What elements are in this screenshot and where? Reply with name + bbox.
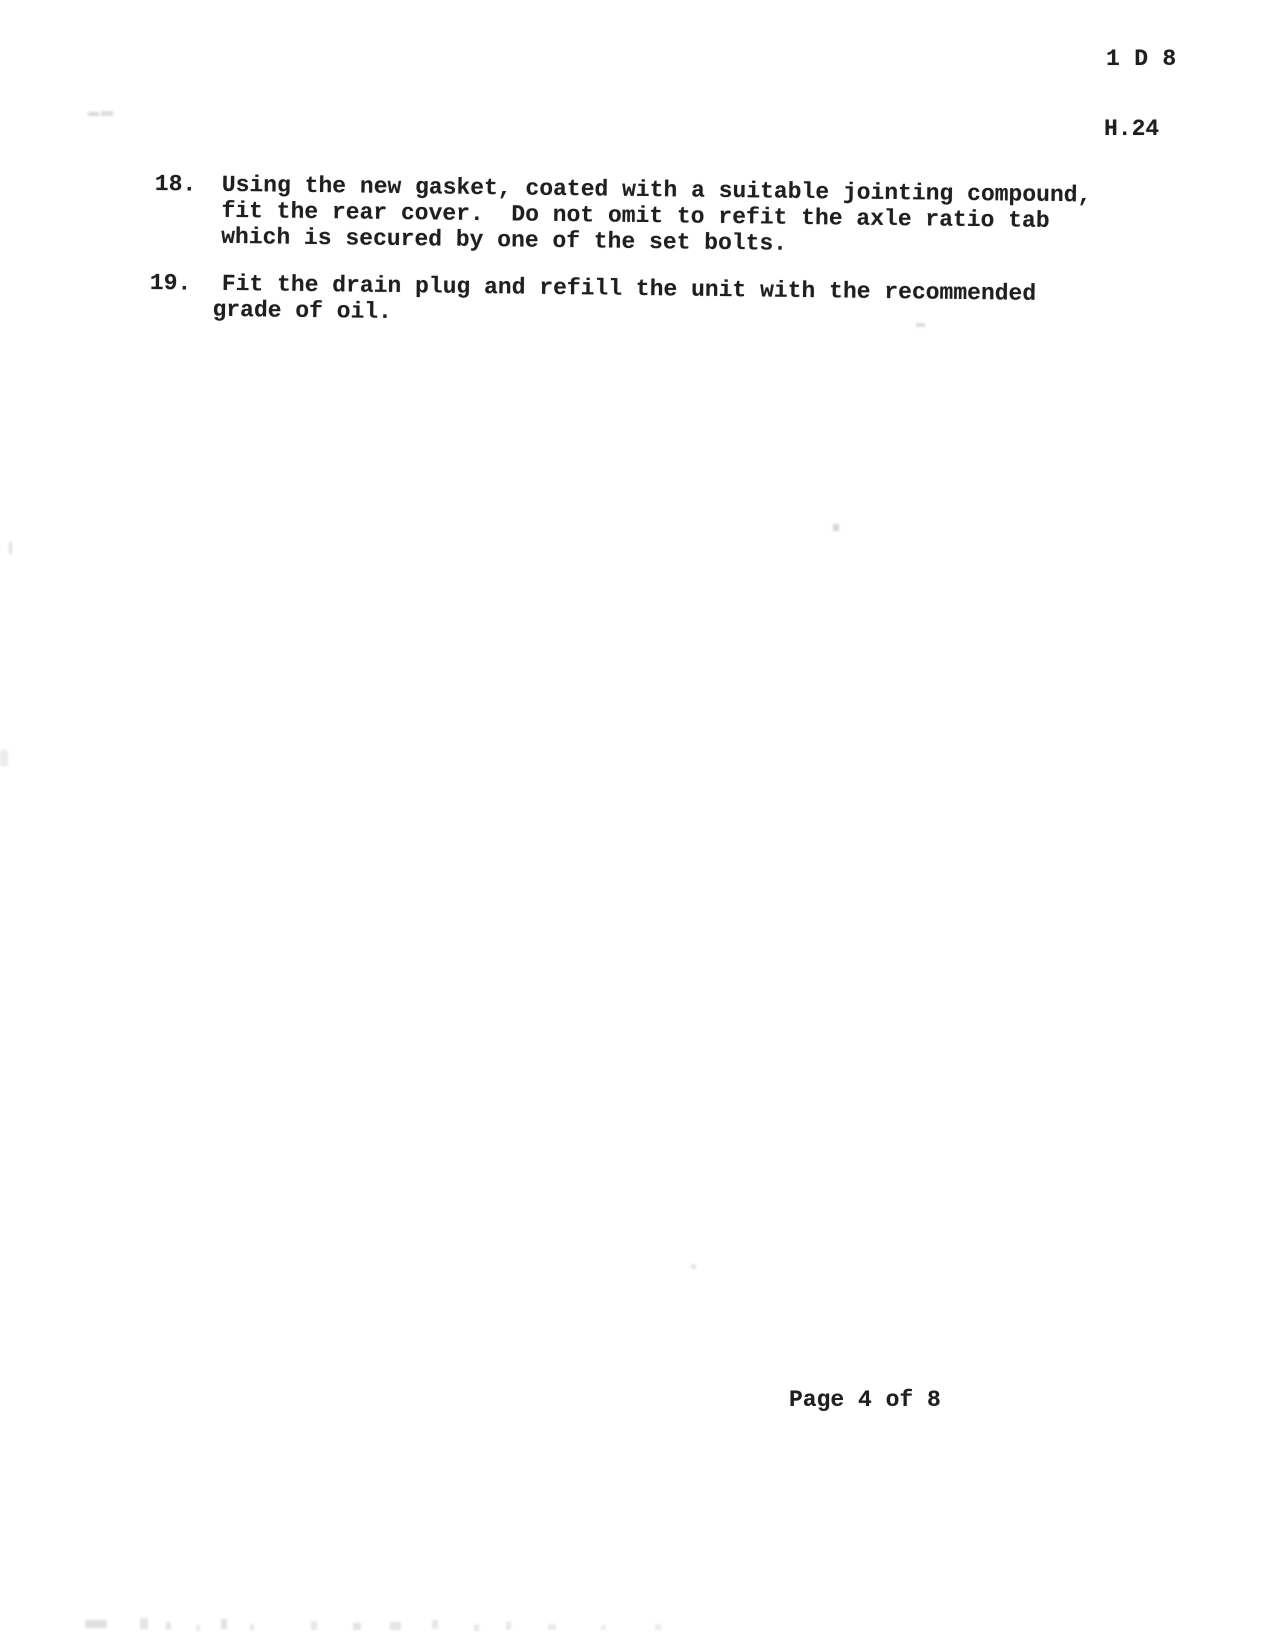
item-text: Using the new gasket, coated with a suit… [221,172,1091,261]
scan-artifact [506,1622,511,1630]
scan-artifact [311,1621,317,1630]
scan-artifact [88,112,99,116]
scan-artifact [548,1624,556,1630]
scan-artifact [221,1619,227,1629]
list-item-19: 19. Fit the drain plug and refill the un… [149,270,1036,333]
scan-artifact [196,1625,200,1631]
scan-artifact [140,1618,148,1629]
scan-artifact [0,750,8,766]
scan-artifact [85,1620,107,1628]
scan-artifact [432,1620,438,1629]
scan-artifact [353,1623,361,1630]
scan-artifact [655,1624,661,1630]
header-doc-code: 1 D 8 [1106,46,1177,72]
scan-artifact [833,524,839,531]
scan-artifact [9,542,12,554]
scan-artifact [390,1622,401,1630]
list-item-18: 18. Using the new gasket, coated with a … [154,171,1091,260]
scan-artifact [250,1624,254,1631]
footer-page-indicator: Page 4 of 8 [789,1387,941,1413]
scan-artifact [166,1622,171,1630]
scanned-document-page: 1 D 8 H.24 18. Using the new gasket, coa… [0,0,1264,1632]
scan-artifact [474,1624,479,1631]
scan-artifact [101,111,113,116]
header-page-ref: H.24 [1104,116,1159,142]
scan-artifact [691,1264,696,1269]
item-text: Fit the drain plug and refill the unit w… [212,271,1036,333]
scan-artifact [601,1625,606,1630]
item-number: 19. [150,270,213,297]
item-number: 18. [155,171,222,198]
